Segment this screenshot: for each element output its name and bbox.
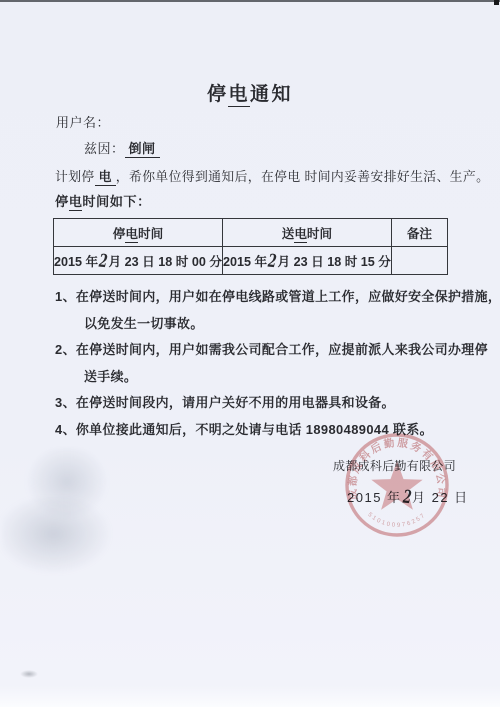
note-item-1-continued: 以免发生一切事故。 <box>55 311 475 338</box>
outage-date-pre: 2015 年 <box>54 255 98 269</box>
header-outage-time: 停电时间 <box>54 219 223 247</box>
notes-list: 1、在停送时间内，用户如在停电线路或管道上工作，应做好安全保护措施， 以免发生一… <box>55 284 475 443</box>
intro-post: ，希你单位得到通知后，在停电 时间内妥善安排好生活、生产。 <box>116 169 489 184</box>
scan-smudge-upper <box>22 448 112 523</box>
user-name-label: 用户名： <box>56 112 110 131</box>
schedule-pre: 停 <box>55 194 69 209</box>
header-outage-post: 时间 <box>138 227 163 241</box>
header-restore-time: 送电时间 <box>222 219 391 247</box>
schedule-post: 时间如下： <box>82 194 150 209</box>
reason-value: 倒闸 <box>125 141 160 158</box>
cell-outage-time: 2015 年2月 23 日 18 时 00 分 <box>54 247 223 275</box>
title-post: 通知 <box>250 84 293 105</box>
company-seal-stamp: 成都成科后勤服务有限公司 510100976257 <box>336 424 458 546</box>
schedule-label: 停电时间如下： <box>55 191 151 210</box>
header-remark: 备注 <box>391 219 447 247</box>
scan-smudge-lower <box>2 498 117 578</box>
header-outage-pre: 停 <box>113 227 126 241</box>
cell-remark <box>391 247 447 275</box>
scan-top-edge <box>0 0 500 2</box>
title-underlined-char: 电 <box>228 84 250 107</box>
note-item-2-continued: 送手续。 <box>55 364 475 391</box>
header-outage-underlined: 电 <box>125 227 138 243</box>
intro-filled-char: 电 <box>95 169 116 186</box>
scanned-notice-page: 停电通知 用户名： 兹因：倒闸 计划停电，希你单位得到通知后，在停电 时间内妥善… <box>0 0 500 707</box>
table-data-row: 2015 年2月 23 日 18 时 00 分 2015 年2月 23 日 18… <box>54 247 448 275</box>
scan-smudge-bottom-left <box>20 670 38 678</box>
schedule-underlined-char: 电 <box>69 194 83 211</box>
restore-date-post: 月 23 日 18 时 15 分 <box>278 255 391 269</box>
title-pre: 停 <box>207 84 229 105</box>
table-header-row: 停电时间 送电时间 备注 <box>54 219 448 247</box>
reason-line: 兹因：倒闸 <box>84 138 160 157</box>
note-item-3: 3、在停送时间段内，请用户关好不用的用电器具和设备。 <box>55 390 475 417</box>
intro-pre: 计划停 <box>55 169 95 184</box>
intro-line: 计划停电，希你单位得到通知后，在停电 时间内妥善安排好生活、生产。 <box>55 166 489 185</box>
restore-handwritten-month: 2 <box>267 250 278 272</box>
note-item-2: 2、在停送时间内，用户如需我公司配合工作，应提前派人来我公司办理停 <box>55 337 475 364</box>
outage-date-post: 月 23 日 18 时 00 分 <box>109 255 222 269</box>
reason-label: 兹因： <box>84 141 125 156</box>
page-title: 停电通知 <box>0 79 500 106</box>
schedule-table: 停电时间 送电时间 备注 2015 年2月 23 日 18 时 00 分 201… <box>53 218 448 275</box>
restore-date-pre: 2015 年 <box>223 255 267 269</box>
header-restore-pre: 送 <box>282 227 295 241</box>
scan-corner-mark <box>494 0 499 5</box>
header-restore-underlined: 电 <box>294 227 307 243</box>
seal-serial-number: 510100976257 <box>366 512 427 529</box>
outage-handwritten-month: 2 <box>98 250 109 272</box>
note-item-1: 1、在停送时间内，用户如在停电线路或管道上工作，应做好安全保护措施， <box>55 284 475 311</box>
cell-restore-time: 2015 年2月 23 日 18 时 15 分 <box>222 247 391 275</box>
seal-star-icon <box>371 461 422 510</box>
header-restore-post: 时间 <box>307 227 332 241</box>
